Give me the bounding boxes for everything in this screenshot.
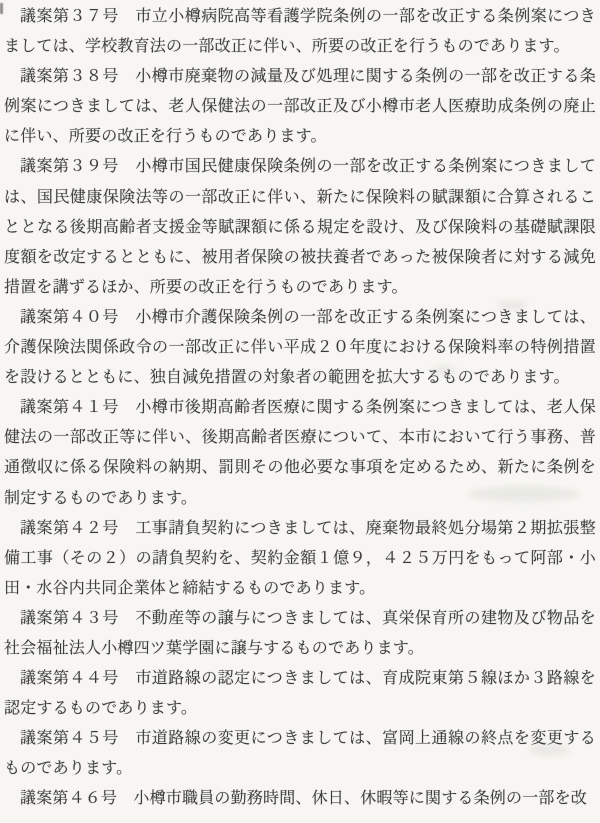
paragraph-bill-44: 議案第４４号 市道路線の認定につきましては、育成院東第５線ほか３路線を認定するも… (4, 664, 596, 724)
paragraph-bill-39: 議案第３９号 小樽市国民健康保険条例の一部を改正する条例案につきましては、国民健… (4, 152, 596, 302)
paragraph-bill-41: 議案第４１号 小樽市後期高齢者医療に関する条例案につきましては、老人保健法の一部… (4, 393, 596, 513)
paragraph-bill-43: 議案第４３号 不動産等の譲与につきましては、真栄保育所の建物及び物品を社会福祉法… (4, 604, 596, 664)
paragraph-bill-40: 議案第４０号 小樽市介護保険条例の一部を改正する条例案につきましては、介護保険法… (4, 303, 596, 393)
paragraph-bill-42: 議案第４２号 工事請負契約につきましては、廃棄物最終処分場第２期拡張整備工事（そ… (4, 514, 596, 604)
paragraph-bill-37: 議案第３７号 市立小樽病院高等看護学院条例の一部を改正する条例案につきましては、… (4, 2, 596, 62)
scanned-document-page: 議案第３７号 市立小樽病院高等看護学院条例の一部を改正する条例案につきましては、… (0, 0, 600, 823)
paragraph-bill-46: 議案第４６号 小樽市職員の勤務時間、休日、休暇等に関する条例の一部を改 (4, 784, 596, 814)
scan-edge-speck (0, 3, 3, 14)
paragraph-bill-45: 議案第４５号 市道路線の変更につきましては、富岡上通線の終点を変更するものであり… (4, 724, 596, 784)
paragraph-bill-38: 議案第３８号 小樽市廃棄物の減量及び処理に関する条例の一部を改正する条例案につき… (4, 62, 596, 152)
